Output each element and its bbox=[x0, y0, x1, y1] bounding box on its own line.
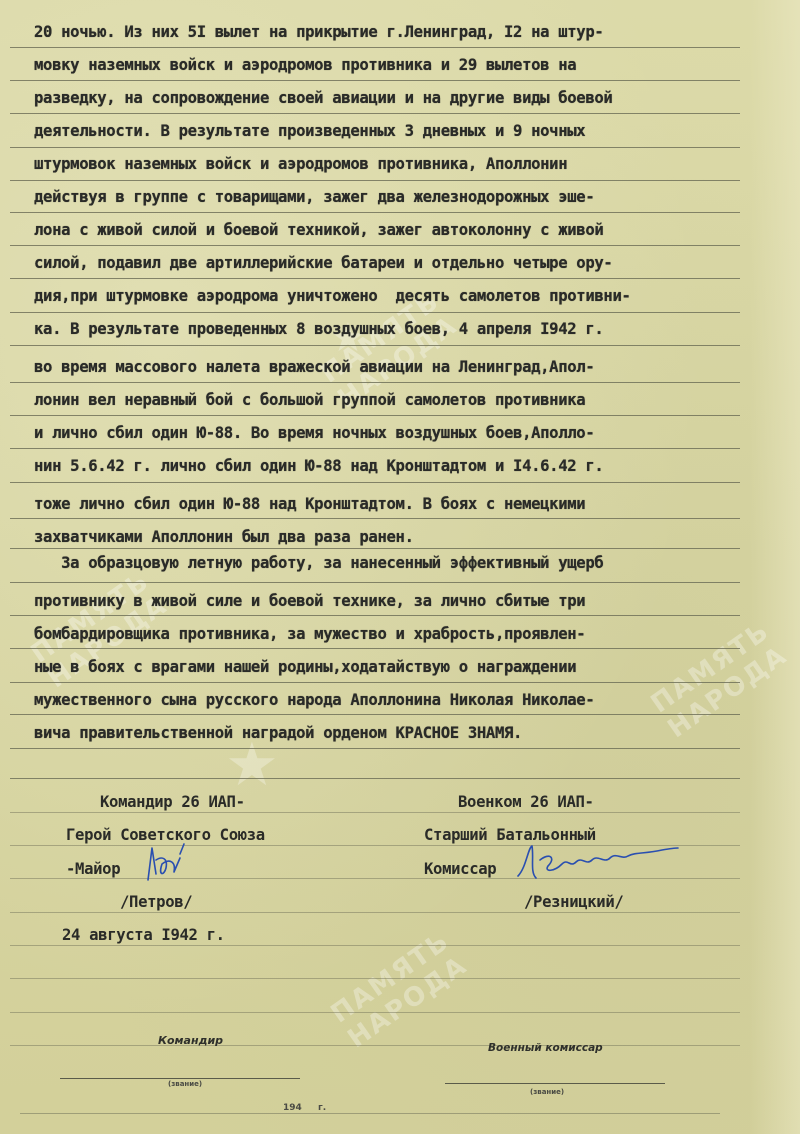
body-line: тоже лично сбил один Ю-88 над Кронштадто… bbox=[34, 495, 585, 513]
ruled-line bbox=[10, 482, 740, 483]
ruled-line bbox=[10, 812, 740, 813]
commander-signature bbox=[140, 838, 210, 888]
body-line: силой, подавил две артиллерийские батаре… bbox=[34, 254, 612, 272]
body-line: и лично сбил один Ю-88. Во время ночных … bbox=[34, 424, 594, 442]
ruled-line bbox=[10, 180, 740, 181]
ruled-line bbox=[10, 80, 740, 81]
commissar-name: /Резницкий/ bbox=[524, 893, 623, 911]
ruled-line bbox=[10, 648, 740, 649]
body-line: противнику в живой силе и боевой технике… bbox=[34, 592, 585, 610]
ruled-line bbox=[10, 113, 740, 114]
ruled-line bbox=[10, 147, 740, 148]
ruled-line bbox=[10, 415, 740, 416]
commissar-rank: Комиссар bbox=[424, 860, 496, 878]
form-caption-left: (звание) bbox=[168, 1080, 202, 1088]
document-page: ПАМЯТЬ НАРОДА ПАМЯТЬ НАРОДА ПАМЯТЬ НАРОД… bbox=[0, 0, 800, 1134]
ruled-line bbox=[10, 778, 740, 779]
ruled-line bbox=[10, 47, 740, 48]
ruled-line bbox=[10, 212, 740, 213]
form-year-prefix: 194 bbox=[283, 1103, 302, 1113]
body-line: лона с живой силой и боевой техникой, за… bbox=[34, 221, 603, 239]
form-signature-line-right bbox=[445, 1083, 665, 1084]
body-line: деятельности. В результате произведенных… bbox=[34, 122, 585, 140]
commander-name: /Петров/ bbox=[120, 893, 192, 911]
body-line: мовку наземных войск и аэродромов против… bbox=[34, 56, 576, 74]
ruled-line bbox=[10, 448, 740, 449]
body-line: действуя в группе с товарищами, зажег дв… bbox=[34, 188, 594, 206]
ruled-line bbox=[10, 278, 740, 279]
body-line: захватчиками Аполлонин был два раза ране… bbox=[34, 528, 414, 546]
body-line: ные в боях с врагами нашей родины,ходата… bbox=[34, 658, 576, 676]
ruled-line bbox=[10, 382, 740, 383]
body-line: бомбардировщика противника, за мужество … bbox=[34, 625, 585, 643]
form-commander-label: Командир bbox=[158, 1034, 223, 1047]
ruled-line bbox=[10, 748, 740, 749]
commissar-signature bbox=[512, 838, 682, 888]
body-line: разведку, на сопровождение своей авиации… bbox=[34, 89, 612, 107]
form-year-suffix: г. bbox=[318, 1103, 326, 1113]
body-line: нин 5.6.42 г. лично сбил один Ю-88 над К… bbox=[34, 457, 603, 475]
form-signature-line-left bbox=[60, 1078, 300, 1079]
ruled-line bbox=[10, 1012, 740, 1013]
body-line: вича правительственной наградой орденом … bbox=[34, 724, 522, 742]
body-line: мужественного сына русского народа Аполл… bbox=[34, 691, 594, 709]
ruled-line bbox=[10, 978, 740, 979]
ruled-line bbox=[10, 245, 740, 246]
ruled-line bbox=[10, 615, 740, 616]
form-date-line bbox=[20, 1113, 720, 1114]
ruled-line bbox=[10, 582, 740, 583]
body-line: штурмовок наземных войск и аэродромов пр… bbox=[34, 155, 567, 173]
ruled-line bbox=[10, 912, 740, 913]
ruled-line bbox=[10, 548, 740, 549]
ruled-line bbox=[10, 518, 740, 519]
body-line: ка. В результате проведенных 8 воздушных… bbox=[34, 320, 603, 338]
form-caption-right: (звание) bbox=[530, 1088, 564, 1096]
ruled-line bbox=[10, 682, 740, 683]
ruled-line bbox=[10, 1045, 740, 1046]
ruled-line bbox=[10, 945, 740, 946]
ruled-line bbox=[10, 345, 740, 346]
body-line: 20 ночью. Из них 5I вылет на прикрытие г… bbox=[34, 23, 603, 41]
body-line: дия,при штурмовке аэродрома уничтожено д… bbox=[34, 287, 631, 305]
commissar-title-line1: Военком 26 ИАП- bbox=[458, 793, 594, 811]
ruled-line bbox=[10, 714, 740, 715]
page-edge bbox=[750, 0, 800, 1134]
body-line: во время массового налета вражеской авиа… bbox=[34, 358, 594, 376]
commander-title-line1: Командир 26 ИАП- bbox=[100, 793, 245, 811]
commander-rank: -Майор bbox=[66, 860, 120, 878]
ruled-line bbox=[10, 312, 740, 313]
body-line: За образцовую летную работу, за нанесенн… bbox=[34, 554, 603, 572]
document-date: 24 августа I942 г. bbox=[62, 926, 225, 944]
body-line: лонин вел неравный бой с большой группой… bbox=[34, 391, 585, 409]
form-commissar-label: Военный комиссар bbox=[488, 1042, 603, 1054]
